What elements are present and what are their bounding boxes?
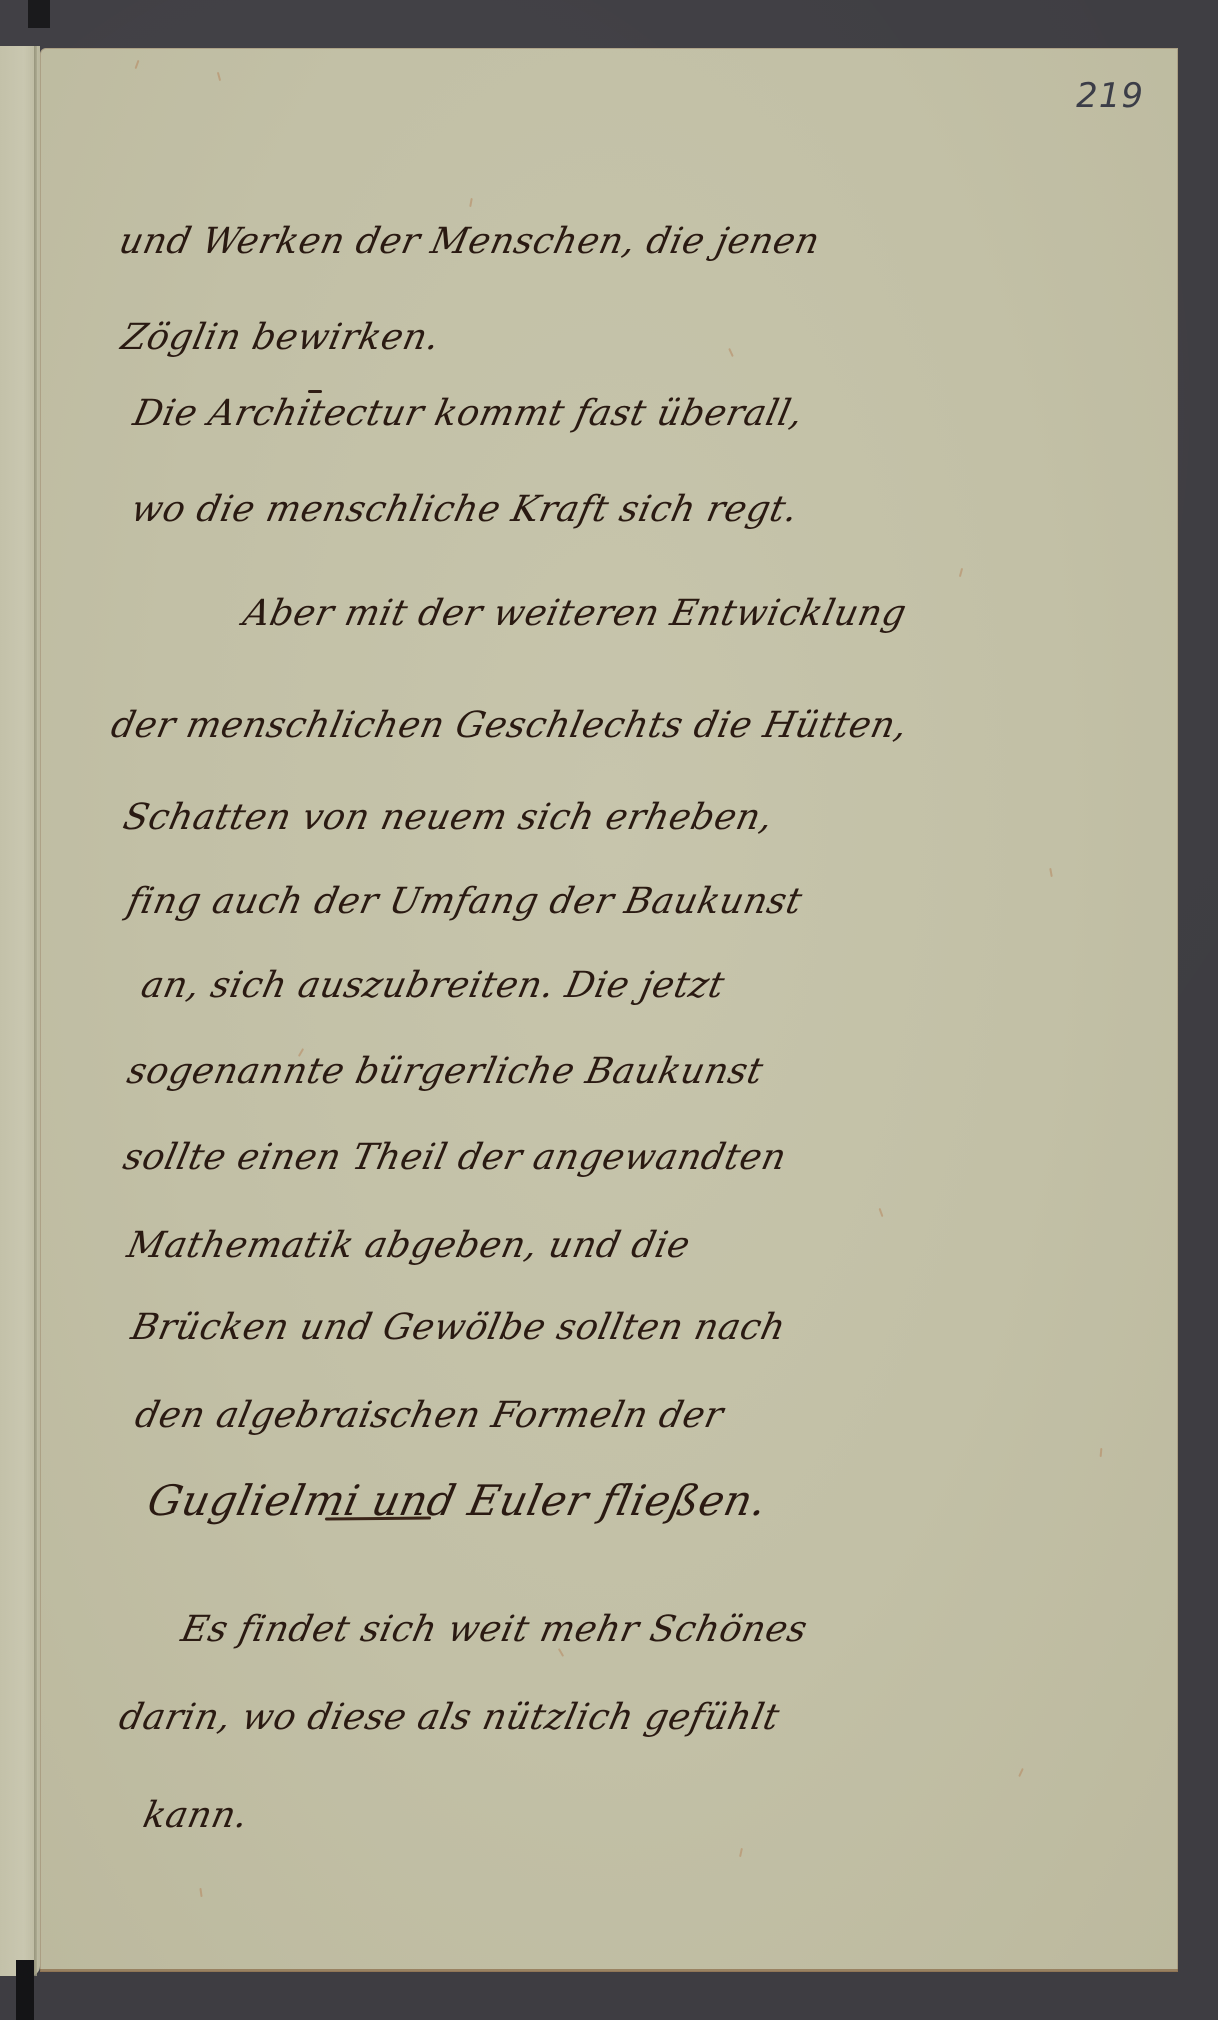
manuscript-line: der menschlichen Geschlechts die Hütten, (108, 708, 911, 744)
paper-fibre (728, 348, 734, 357)
paper-fibre (1018, 1768, 1024, 1777)
paper-fibre (469, 198, 473, 207)
paper-fibre (739, 1848, 743, 1857)
paper-fibre (199, 1888, 202, 1897)
manuscript-line: Mathematik abgeben, und die (124, 1228, 693, 1264)
manuscript-scan: 219 und Werken der Menschen, die jenen Z… (0, 0, 1218, 2020)
manuscript-line: Die Architectur kommt fast überall, (130, 396, 806, 432)
spine-shadow-bottom (16, 1960, 34, 2020)
paper-fibre (1049, 868, 1053, 877)
paper-fibre (879, 1208, 884, 1217)
manuscript-line: den algebraischen Formeln der (132, 1398, 726, 1434)
paper-fibre (1100, 1448, 1103, 1457)
manuscript-line: sollte einen Theil der angewandten (120, 1140, 789, 1176)
gutter-fold (34, 46, 37, 1976)
paper-fibre (959, 568, 963, 577)
manuscript-line: und Werken der Menschen, die jenen (116, 224, 823, 260)
manuscript-line: wo die menschliche Kraft sich regt. (128, 492, 801, 528)
manuscript-line: Zöglin bewirken. (118, 320, 443, 356)
manuscript-line: an, sich auszubreiten. Die jetzt (138, 968, 728, 1004)
spine-shadow-top (28, 0, 50, 28)
paper-fibre (217, 72, 221, 81)
manuscript-line: darin, wo diese als nützlich gefühlt (116, 1700, 783, 1736)
manuscript-line: kann. (140, 1798, 251, 1834)
manuscript-line: Guglielmi und Euler fließen. (144, 1480, 771, 1522)
manuscript-line: Schatten von neuem sich erheben, (120, 800, 776, 836)
paper-fibre (135, 60, 140, 69)
manuscript-line: Es findet sich weit mehr Schönes (178, 1612, 810, 1648)
manuscript-line: sogenannte bürgerliche Baukunst (124, 1054, 766, 1090)
manuscript-line: fing auch der Umfang der Baukunst (124, 884, 805, 920)
manuscript-line: Brücken und Gewölbe sollten nach (128, 1310, 789, 1346)
manuscript-line: Aber mit der weiteren Entwicklung (240, 596, 909, 632)
manuscript-page: 219 und Werken der Menschen, die jenen Z… (40, 48, 1178, 1972)
folio-number: 219 (1076, 76, 1144, 116)
